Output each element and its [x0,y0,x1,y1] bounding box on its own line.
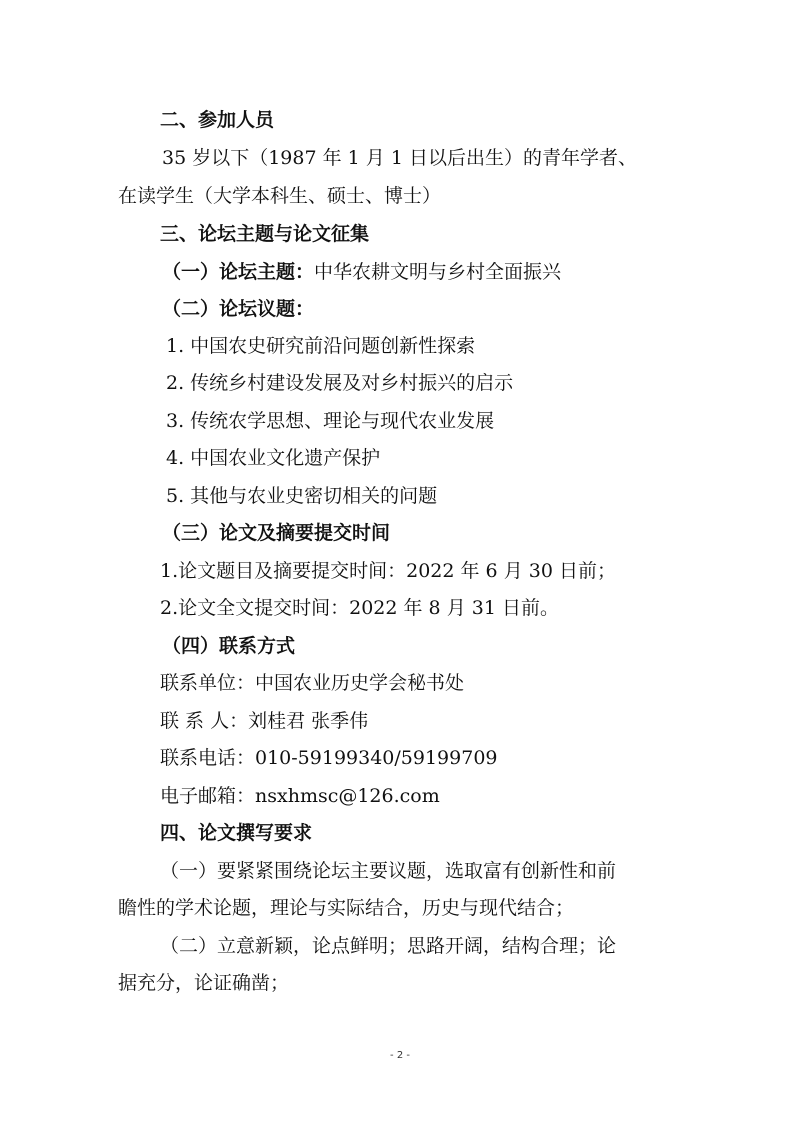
requirement-1-line1: （一）要紧紧围绕论坛主要议题，选取富有创新性和前 [160,859,616,883]
section-heading-theme: 三、论坛主题与论文征集 [160,222,369,246]
requirement-1-line2: 瞻性的学术论题，理论与实际结合，历史与现代结合； [118,896,574,920]
topic-item: 3. 传统农学思想、理论与现代农业发展 [166,409,494,433]
theme-row: （一）论坛主题：中华农耕文明与乡村全面振兴 [162,260,561,284]
contact-person: 联 系 人：刘桂君 张季伟 [160,709,368,733]
theme-value: 中华农耕文明与乡村全面振兴 [314,261,561,283]
page-number: - 2 - [0,1050,800,1061]
participants-text-line2: 在读学生（大学本科生、硕士、博士） [118,184,441,208]
requirement-2-line2: 据充分，论证确凿； [118,971,289,995]
participants-text-line1: 35 岁以下（1987 年 1 月 1 日以后出生）的青年学者、 [162,146,637,170]
contact-email: 电子邮箱：nsxhmsc@126.com [160,784,440,808]
deadline-item: 2.论文全文提交时间：2022 年 8 月 31 日前。 [160,596,559,620]
topic-item: 5. 其他与农业史密切相关的问题 [166,484,437,508]
contact-phone: 联系电话：010-59199340/59199709 [160,746,498,770]
theme-label: （一）论坛主题： [162,261,314,283]
topic-item: 2. 传统乡村建设发展及对乡村振兴的启示 [166,371,513,395]
section-heading-participants: 二、参加人员 [160,108,274,132]
section-heading-requirements: 四、论文撰写要求 [160,821,312,845]
topic-item: 4. 中国农业文化遗产保护 [166,446,380,470]
topics-label: （二）论坛议题： [162,297,314,321]
topic-item: 1. 中国农史研究前沿问题创新性探索 [166,334,475,358]
requirement-2-line1: （二）立意新颖，论点鲜明；思路开阔，结构合理；论 [160,934,616,958]
deadline-item: 1.论文题目及摘要提交时间：2022 年 6 月 30 日前； [160,559,616,583]
deadline-label: （三）论文及摘要提交时间 [162,521,390,545]
contact-unit: 联系单位：中国农业历史学会秘书处 [160,671,464,695]
contact-label: （四）联系方式 [162,634,295,658]
